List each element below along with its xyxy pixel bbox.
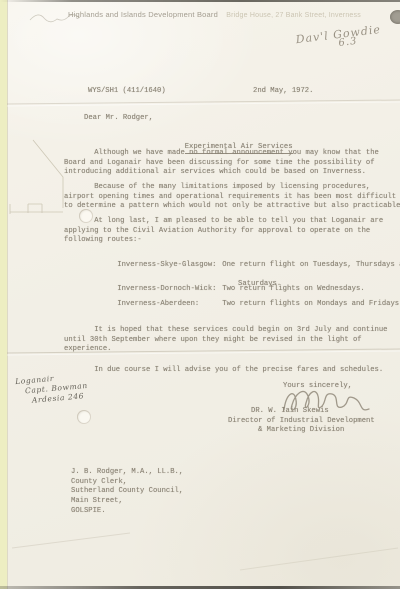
letter-date: 2nd May, 1972. <box>253 87 313 97</box>
reference-number: WYS/SH1 (411/1640) <box>88 87 166 97</box>
letterhead-organisation: Highlands and Islands Development Board <box>68 10 218 19</box>
paragraph-4: It is hoped that these services could be… <box>64 326 388 355</box>
letterhead-address: Bridge House, 27 Bank Street, Inverness <box>226 12 361 19</box>
signer-title-1: Director of Industrial Development <box>228 417 375 427</box>
route-detail: One return flight on Tuesdays, Thursdays… <box>222 261 400 269</box>
edge-dark-mark <box>390 10 400 24</box>
route-detail: Two return flights on Mondays and Friday… <box>222 300 400 308</box>
scanned-letter-page: Highlands and Islands Development Board … <box>0 0 400 589</box>
signer-name: DR. W. Iain Skewis <box>251 407 329 417</box>
recipient-address: J. B. Rodger, M.A., LL.B., County Clerk,… <box>71 468 183 517</box>
route-label: Inverness-Aberdeen: <box>117 300 222 310</box>
route-inverness-aberdeen: Inverness-Aberdeen:Two return flights on… <box>100 290 400 319</box>
scan-edge-top <box>0 0 400 2</box>
paragraph-5: In due course I will advise you of the p… <box>64 366 383 376</box>
handwritten-margin-note: Loganair Capt. Bowman Ardesia 246 <box>15 371 89 407</box>
signer-title-2: & Marketing Division <box>258 426 344 436</box>
paragraph-1: Although we have made no formal announce… <box>64 149 379 178</box>
paragraph-3: At long last, I am pleased to be able to… <box>64 217 383 246</box>
letterhead: Highlands and Islands Development Board … <box>68 10 361 19</box>
route-label: Inverness-Skye-Glasgow: <box>117 261 222 271</box>
salutation: Dear Mr. Rodger, <box>84 114 153 124</box>
paragraph-2: Because of the many limitations imposed … <box>64 183 400 212</box>
punch-hole <box>77 410 91 424</box>
